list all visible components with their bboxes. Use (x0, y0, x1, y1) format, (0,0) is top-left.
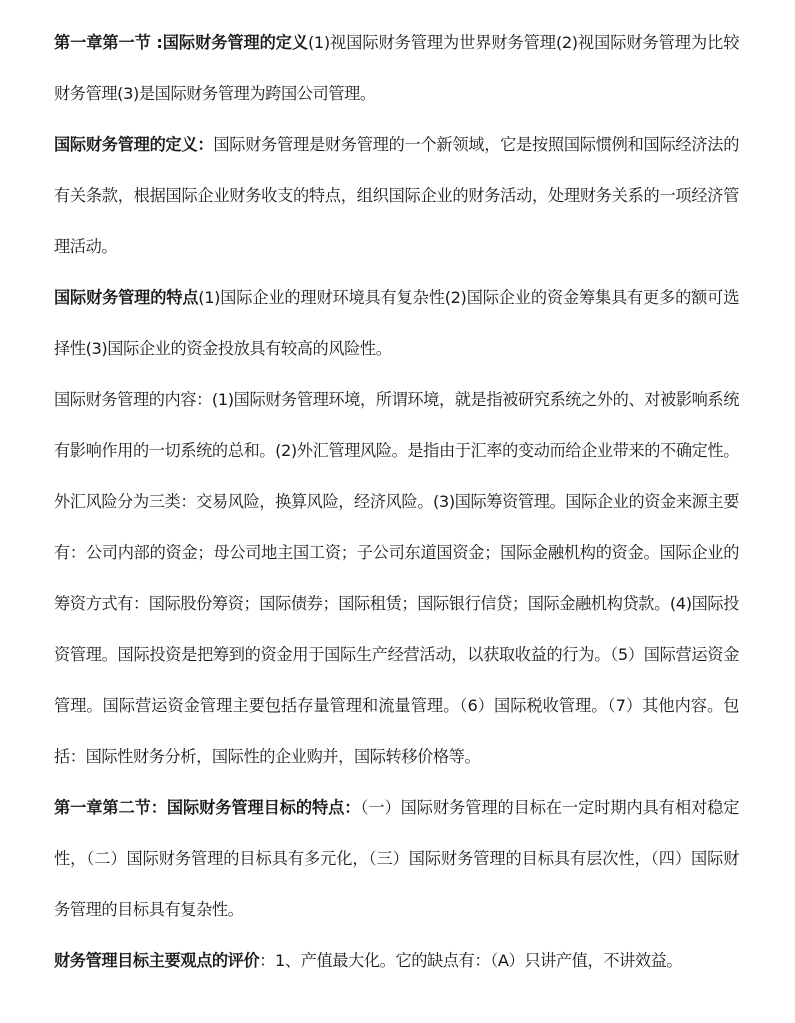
paragraph-text: 国际财务管理的内容：(1)国际财务管理环境，所谓环境，就是指被研究系统之外的、对… (54, 390, 739, 766)
paragraph-text: ：1、产值最大化。它的缺点有：（A）只讲产值，不讲效益。 (259, 951, 682, 970)
heading-goal-evaluation: 财务管理目标主要观点的评价 (54, 951, 259, 970)
heading-chapter1-section2: 第一章第二节：国际财务管理目标的特点： (54, 798, 360, 817)
document-page: 第一章第一节 :国际财务管理的定义(1)视国际财务管理为世界财务管理(2)视国际… (0, 0, 795, 986)
paragraph-goal-evaluation: 财务管理目标主要观点的评价：1、产值最大化。它的缺点有：（A）只讲产值，不讲效益… (54, 935, 739, 986)
heading-chapter1-section1: 第一章第一节 :国际财务管理的定义 (54, 33, 308, 52)
paragraph-definition: 国际财务管理的定义：国际财务管理是财务管理的一个新领域，它是按照国际惯例和国际经… (54, 119, 739, 272)
paragraph-contents: 国际财务管理的内容：(1)国际财务管理环境，所谓环境，就是指被研究系统之外的、对… (54, 374, 739, 782)
paragraph-goal-features: 第一章第二节：国际财务管理目标的特点：（一）国际财务管理的目标在一定时期内具有相… (54, 782, 739, 935)
heading-definition: 国际财务管理的定义： (54, 135, 213, 154)
paragraph-definition-intro: 第一章第一节 :国际财务管理的定义(1)视国际财务管理为世界财务管理(2)视国际… (54, 17, 739, 119)
heading-features: 国际财务管理的特点 (54, 288, 198, 307)
paragraph-features: 国际财务管理的特点(1)国际企业的理财环境具有复杂性(2)国际企业的资金筹集具有… (54, 272, 739, 374)
